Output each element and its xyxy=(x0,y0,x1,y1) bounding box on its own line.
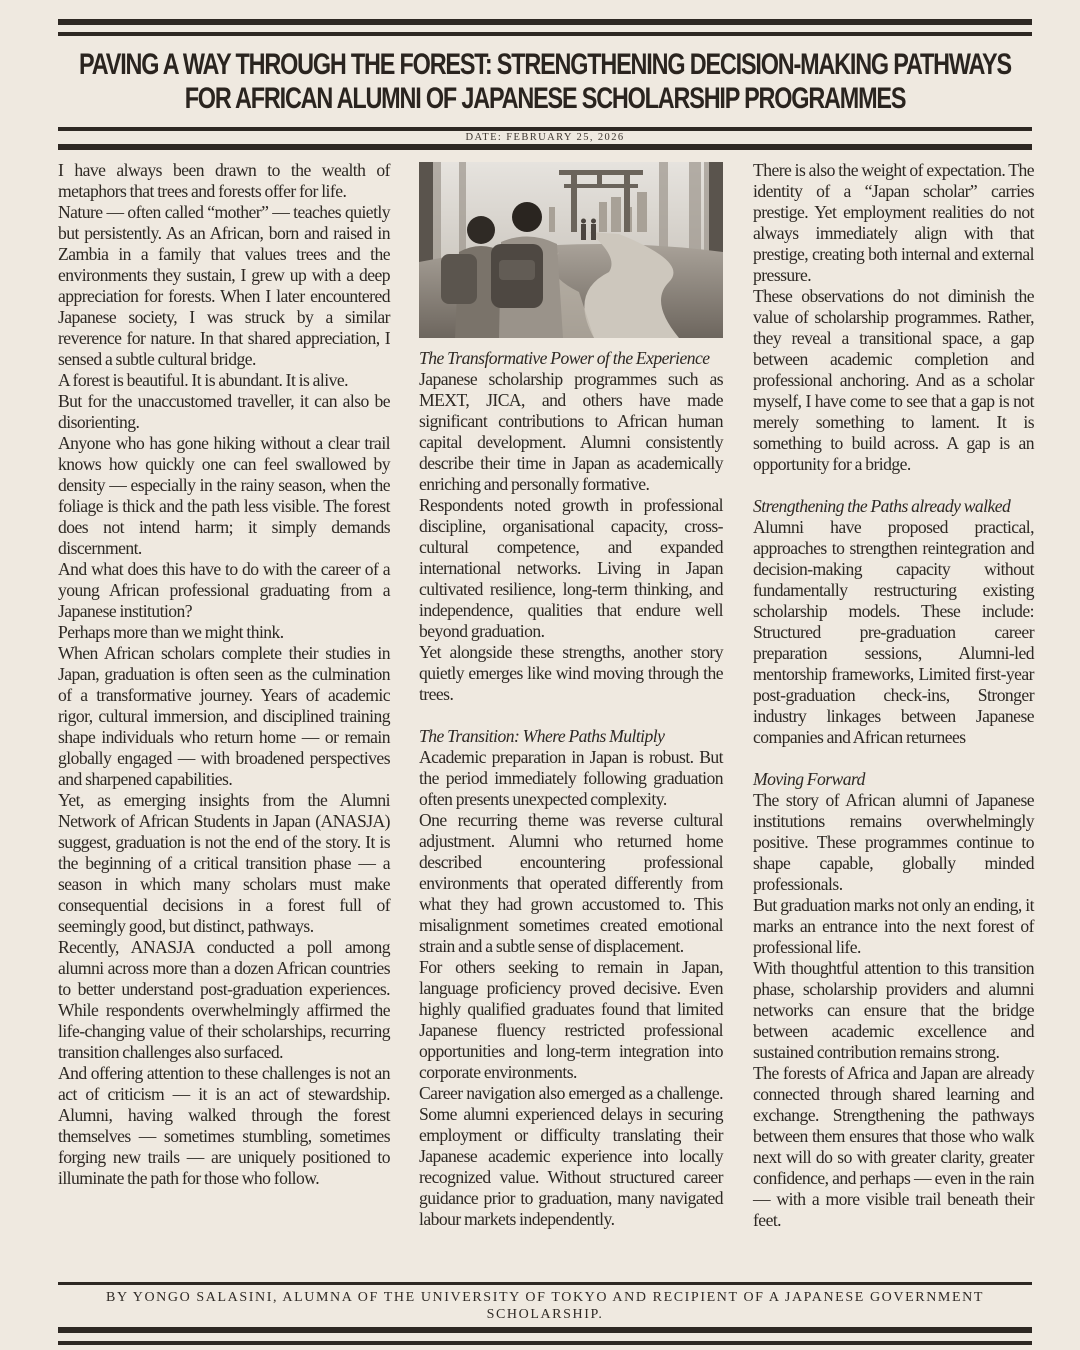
paragraph: Yet alongside these strengths, another s… xyxy=(419,642,723,705)
column-3: There is also the weight of expectation.… xyxy=(753,160,1034,1231)
paragraph: But for the unaccustomed traveller, it c… xyxy=(58,391,390,433)
paragraph: There is also the weight of expectation.… xyxy=(753,160,1034,286)
paragraph: And what does this have to do with the c… xyxy=(58,559,390,622)
top-rule-thick xyxy=(58,19,1032,25)
paragraph: But graduation marks not only an ending,… xyxy=(753,895,1034,958)
paragraph: The forests of Africa and Japan are alre… xyxy=(753,1063,1034,1231)
paragraph: I have always been drawn to the wealth o… xyxy=(58,160,390,202)
paragraph: When African scholars complete their stu… xyxy=(58,643,390,790)
column-2: The Transformative Power of the Experien… xyxy=(419,160,723,1230)
paragraph: Academic preparation in Japan is robust.… xyxy=(419,747,723,810)
section-heading: Strengthening the Paths already walked xyxy=(753,496,1034,517)
paragraph: With thoughtful attention to this transi… xyxy=(753,958,1034,1063)
section-heading: Moving Forward xyxy=(753,769,1034,790)
headline: PAVING A WAY THROUGH THE FOREST: STRENGT… xyxy=(165,48,925,116)
spacer xyxy=(753,475,1034,496)
paragraph: These observations do not diminish the v… xyxy=(753,286,1034,475)
paragraph: A forest is beautiful. It is abundant. I… xyxy=(58,370,390,391)
footer-rule-thick xyxy=(58,1327,1032,1333)
section-heading: The Transition: Where Paths Multiply xyxy=(419,726,723,747)
paragraph: For others seeking to remain in Japan, l… xyxy=(419,957,723,1083)
paragraph: Anyone who has gone hiking without a cle… xyxy=(58,433,390,559)
paragraph: Recently, ANASJA conducted a poll among … xyxy=(58,937,390,1063)
paragraph: Nature — often called “mother” — teaches… xyxy=(58,202,390,370)
footer-rule-thin xyxy=(58,1341,1032,1345)
byline: BY YONGO SALASINI, ALUMNA OF THE UNIVERS… xyxy=(58,1289,1032,1323)
column-1: I have always been drawn to the wealth o… xyxy=(58,160,390,1189)
paragraph: Japanese scholarship programmes such as … xyxy=(419,369,723,495)
paragraph: Perhaps more than we might think. xyxy=(58,622,390,643)
forest-path-illustration-icon xyxy=(419,162,723,338)
paragraph: Yet, as emerging insights from the Alumn… xyxy=(58,790,390,937)
paragraph: Respondents noted growth in professional… xyxy=(419,495,723,642)
spacer xyxy=(753,748,1034,769)
spacer xyxy=(419,705,723,726)
paragraph: And offering attention to these challeng… xyxy=(58,1063,390,1189)
paragraph: Alumni have proposed practical, approach… xyxy=(753,517,1034,748)
paragraph: The story of African alumni of Japanese … xyxy=(753,790,1034,895)
footer-rule-top xyxy=(58,1282,1032,1285)
headline-text: PAVING A WAY THROUGH THE FOREST: STRENGT… xyxy=(58,48,1031,116)
paragraph: Career navigation also emerged as a chal… xyxy=(419,1083,723,1230)
header-rule-thick xyxy=(58,144,1032,150)
top-rule-thin xyxy=(58,32,1032,36)
section-heading: The Transformative Power of the Experien… xyxy=(419,348,723,369)
dateline: DATE: FEBRUARY 25, 2026 xyxy=(58,131,1032,144)
paragraph: One recurring theme was reverse cultural… xyxy=(419,810,723,957)
